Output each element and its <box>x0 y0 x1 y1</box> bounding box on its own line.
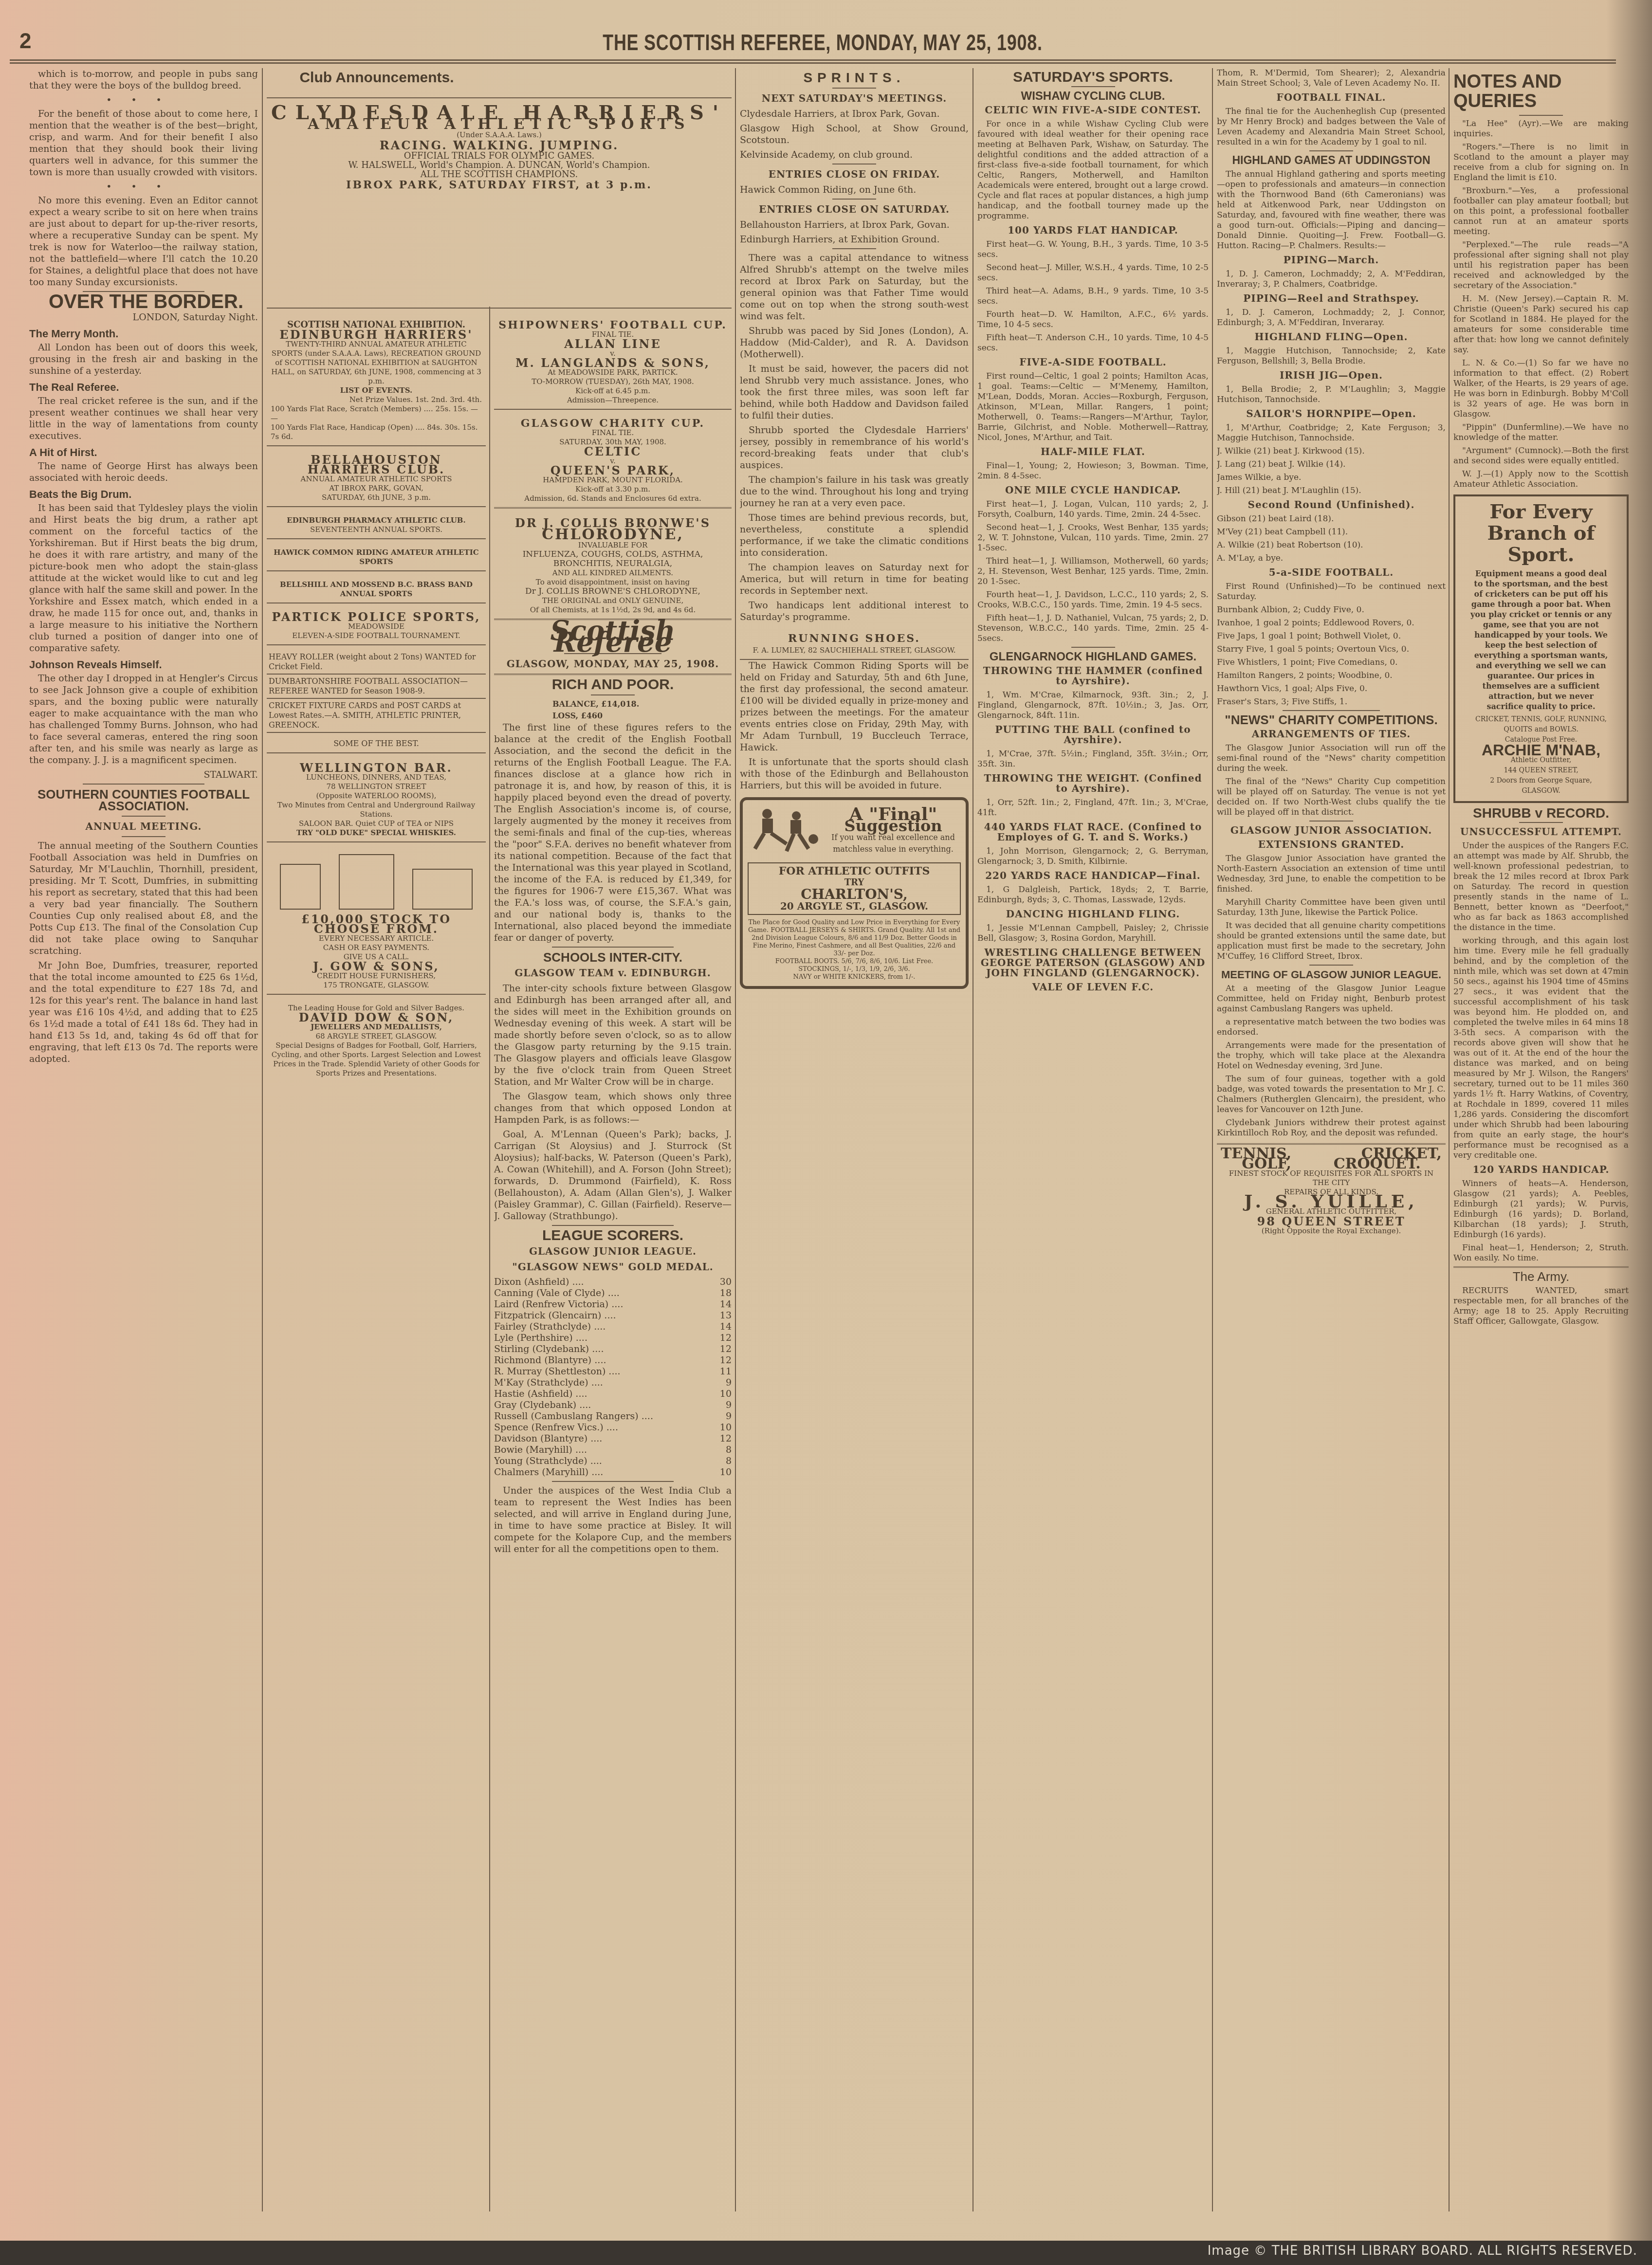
scorer-name: Dixon (Ashfield) .... <box>494 1277 712 1288</box>
paragraph: Those times are behind previous records,… <box>740 512 969 559</box>
paragraph: The champion leaves on Saturday next for… <box>740 562 969 597</box>
results-list: THROWING THE HAMMER (confined to Ayrshir… <box>977 666 1209 978</box>
list-item: Glasgow High School, at Show Ground, Sco… <box>740 123 969 146</box>
ad-text: TRY "OLD DUKE" SPECIAL WHISKIES. <box>271 828 482 838</box>
ad-text: ALL THE SCOTTISH CHAMPIONS. <box>271 170 728 179</box>
query-item: "Pippin" (Dunfermline).—We have no knowl… <box>1453 422 1629 443</box>
ad-title: GLASGOW CHARITY CUP. <box>498 419 728 428</box>
club-announcements-heading: Club Announcements. <box>267 72 487 84</box>
masthead-rule-2 <box>10 62 1616 64</box>
result-line: First heat—1, J. Logan, Vulcan, 110 yard… <box>977 499 1209 520</box>
masthead: 2 THE SCOTTISH REFEREE, MONDAY, MAY 25, … <box>10 29 1635 63</box>
result-line: Second heat—1, J. Crooks, West Benhar, 1… <box>977 523 1209 553</box>
result-line: Hamilton Rangers, 2 points; Woodbine, 0. <box>1217 671 1446 681</box>
short-rule <box>1071 86 1115 87</box>
section-heading: Beats the Big Drum. <box>29 489 258 500</box>
list-item: Edinburgh Harriers, at Exhibition Ground… <box>740 234 969 245</box>
league-subheading: GLASGOW JUNIOR LEAGUE. <box>494 1245 732 1257</box>
glengarnock-heading: GLENGARNOCK HIGHLAND GAMES. <box>977 652 1209 662</box>
newspaper-nameplate: Scottish Referee <box>494 625 732 648</box>
ad-text: Of all Chemists, at 1s 1½d, 2s 9d, and 4… <box>498 605 728 615</box>
rich-poor-heading: RICH AND POOR. <box>494 679 732 691</box>
result-heading: THROWING THE WEIGHT. (Confined to Ayrshi… <box>977 773 1209 794</box>
ad-text: AND ALL KINDRED AILMENTS. <box>498 568 728 578</box>
entries-list: Bellahouston Harriers, at Ibrox Park, Go… <box>740 219 969 245</box>
dateline: LONDON, Saturday Night. <box>29 311 258 323</box>
result-heading: WRESTLING CHALLENGE BETWEEN GEORGE PATER… <box>977 948 1209 978</box>
results-list: J. Wilkie (21) beat J. Kirkwood (15).J. … <box>1217 446 1446 496</box>
ad-text: 2 Doors from George Square, <box>1460 776 1622 786</box>
column-divider <box>973 68 973 2211</box>
column-5: SATURDAY'S SPORTS. WISHAW CYCLING CLUB. … <box>977 68 1209 2221</box>
result-heading: ONE MILE CYCLE HANDICAP. <box>977 485 1209 495</box>
scorer-goals: 12 <box>712 1333 732 1344</box>
ad-text: CRICKET, TENNIS, GOLF, RUNNING, QUOITS a… <box>1460 714 1622 735</box>
scorer-goals: 14 <box>712 1299 732 1310</box>
ad-text: Equipment means a good deal to the sport… <box>1470 568 1612 712</box>
subheading: FOOTBALL FINAL. <box>1217 92 1446 103</box>
ad-title: EDINBURGH HARRIERS' <box>271 330 482 340</box>
query-item: H. M. (New Jersey).—Captain R. M. Christ… <box>1453 294 1629 355</box>
query-item: "Perplexed."—The rule reads—"A professio… <box>1453 240 1629 291</box>
ad-subtitle: AMATEUR ATHLETIC SPORTS <box>271 119 728 130</box>
scorer-row: Fitzpatrick (Glencairn) ....13 <box>494 1310 732 1321</box>
result-line: Fifth heat—T. Anderson C.H., 10 yards. T… <box>977 333 1209 353</box>
scorer-row: Laird (Renfrew Victoria) ....14 <box>494 1299 732 1310</box>
scorer-row: Davidson (Blantyre) ....12 <box>494 1433 732 1444</box>
paragraph: Arrangements were made for the presentat… <box>1217 1041 1446 1071</box>
result-line: Gibson (21) beat Laird (18). <box>1217 514 1446 524</box>
paragraph: Winners of heats—A. Henderson, Glasgow (… <box>1453 1179 1629 1240</box>
short-rule <box>832 248 876 249</box>
copyright-watermark: Image © THE BRITISH LIBRARY BOARD. ALL R… <box>1208 2244 1637 2258</box>
scorer-name: Fairley (Strathclyde) .... <box>494 1321 712 1333</box>
paragraph: It is unfortunate that the sports should… <box>740 756 969 791</box>
over-border-heading: OVER THE BORDER. <box>49 296 258 308</box>
ad-text: The Place for Good Quality and Low Price… <box>748 919 961 958</box>
ad-text: Net Prize Values. 1st. 2nd. 3rd. 4th. <box>271 395 482 404</box>
result-line: Fourth heat—D. W. Hamilton, A.F.C., 6½ y… <box>977 310 1209 330</box>
result-line: Five Japs, 1 goal 1 point; Bothwell Viol… <box>1217 631 1446 641</box>
notes-queries-heading: NOTES AND QUERIES <box>1453 72 1629 111</box>
paragraph: The Glasgow Junior Association will run … <box>1217 743 1446 774</box>
ad-text: F. A. LUMLEY, 82 SAUCHIEHALL STREET, GLA… <box>740 644 969 656</box>
result-line: Fraser's Stars, 3; Five Stiffs, 1. <box>1217 697 1446 707</box>
separator-dots: ••• <box>29 181 258 193</box>
ad-headline: For Every Branch of Sport. <box>1460 501 1622 566</box>
scorer-goals: 11 <box>712 1366 732 1377</box>
section-heading: A Hit of Hirst. <box>29 447 258 458</box>
paragraph: Under the auspices of the West India Clu… <box>494 1485 732 1555</box>
scorer-goals: 10 <box>712 1388 732 1400</box>
list-item: Clydesdale Harriers, at Ibrox Park, Gova… <box>740 108 969 120</box>
paragraph: The first line of these figures refers t… <box>494 722 732 944</box>
ad-text: GOLF, <box>1242 1159 1291 1169</box>
paragraph: Maryhill Charity Committee have been giv… <box>1217 897 1446 918</box>
paragraph: The real cricket referee is the sun, and… <box>29 395 258 442</box>
masthead-rule <box>10 59 1616 61</box>
paragraph: No more this evening. Even an Editor can… <box>29 195 258 288</box>
result-heading: FIVE-A-SIDE FOOTBALL. <box>977 357 1209 367</box>
result-heading: PUTTING THE BALL (confined to Ayrshire). <box>977 725 1209 745</box>
wavy-rule <box>552 947 674 948</box>
scorer-row: R. Murray (Shettleston) ....11 <box>494 1366 732 1377</box>
ad-text: Kick-off at 3.30 p.m. <box>498 485 728 494</box>
gjl-heading: MEETING OF GLASGOW JUNIOR LEAGUE. <box>1217 969 1446 980</box>
paragraph: For the benefit of those about to come h… <box>29 108 258 178</box>
ad-text: Two Minutes from Central and Underground… <box>271 801 482 819</box>
subheading: UNSUCCESSFUL ATTEMPT. <box>1453 827 1629 837</box>
classified-ad: DUMBARTONSHIRE FOOTBALL ASSOCIATION—REFE… <box>267 675 486 699</box>
short-rule <box>832 164 876 164</box>
result-line: Final—1, Young; 2, Howieson; 3, Bowman. … <box>977 461 1209 481</box>
short-rule <box>1309 150 1353 151</box>
result-line: Hawthorn Vics, 1 goal; Alps Five, 0. <box>1217 684 1446 694</box>
newspaper-page: 2 THE SCOTTISH REFEREE, MONDAY, MAY 25, … <box>0 0 1652 2265</box>
ad-text: M. LANGLANDS & SONS, <box>498 358 728 368</box>
paragraph: Final heat—1, Henderson; 2, Struth. Won … <box>1453 1243 1629 1263</box>
sprints-heading: SPRINTS. <box>740 72 969 84</box>
paragraph: working through, and this again lost him… <box>1453 936 1629 1161</box>
page-number: 2 <box>19 29 31 54</box>
ad-title: EDINBURGH PHARMACY ATHLETIC CLUB. <box>271 516 482 525</box>
footballer-illustration-icon <box>748 805 821 859</box>
paragraph: All London has been out of doors this we… <box>29 342 258 377</box>
paragraph: First Round (Unfinished)—To be continued… <box>1217 582 1446 602</box>
subheading: GLASGOW JUNIOR ASSOCIATION. <box>1217 825 1446 836</box>
result-line: Ivanhoe, 1 goal 2 points; Eddlewood Rove… <box>1217 618 1446 628</box>
column-3: SHIPOWNERS' FOOTBALL CUP. FINAL TIE. ALL… <box>494 311 732 2221</box>
scorer-goals: 12 <box>712 1355 732 1366</box>
scorer-goals: 9 <box>712 1400 732 1411</box>
paragraph: Two handicaps lent additional interest t… <box>740 600 969 623</box>
ad-text: IBROX PARK, SATURDAY FIRST, at 3 p.m. <box>271 179 728 191</box>
result-line: J. Hill (21) beat J. M'Laughlin (15). <box>1217 486 1446 496</box>
scorer-name: Lyle (Perthshire) .... <box>494 1333 712 1344</box>
ad-text: FOR ATHLETIC OUTFITS <box>751 865 958 877</box>
ad-text: RACING. WALKING. JUMPING. <box>271 140 728 151</box>
section-heading: Johnson Reveals Himself. <box>29 659 258 671</box>
scorer-name: Stirling (Clydebank) .... <box>494 1344 712 1355</box>
event-row: 100 Yards Flat Race, Scratch (Members) .… <box>271 404 482 423</box>
southern-counties-heading: SOUTHERN COUNTIES FOOTBALL ASSOCIATION. <box>29 788 258 812</box>
scorer-goals: 13 <box>712 1310 732 1321</box>
ad-text: (Right Opposite the Royal Exchange). <box>1221 1226 1442 1236</box>
paragraph: It was decided that all genuine charity … <box>1217 921 1446 962</box>
ad-text: Admission—Threepence. <box>498 396 728 405</box>
ad-text: CREDIT HOUSE FURNISHERS, <box>271 971 482 981</box>
scorer-row: Canning (Vale of Clyde) ....18 <box>494 1288 732 1299</box>
result-line: Fifth heat—1, J. D. Nathaniel, Vulcan, 7… <box>977 613 1209 644</box>
scorer-name: Laird (Renfrew Victoria) .... <box>494 1299 712 1310</box>
result-heading: DANCING HIGHLAND FLING. <box>977 909 1209 919</box>
ad-text: (Opposite WATERLOO ROOMS), <box>271 791 482 801</box>
short-rule <box>832 199 876 200</box>
scorer-name: Fitzpatrick (Glencairn) .... <box>494 1310 712 1321</box>
ad-text: GLASGOW. <box>1460 786 1622 796</box>
scorer-goals: 9 <box>712 1377 732 1388</box>
result-line: 1, M'Arthur, Coatbridge; 2, Kate Ferguso… <box>1217 423 1446 443</box>
scorer-name: Hastie (Ashfield) .... <box>494 1388 712 1400</box>
chair-icon <box>280 864 321 910</box>
result-heading: HIGHLAND FLING—Open. <box>1217 332 1446 342</box>
subheading: NEXT SATURDAY'S MEETINGS. <box>740 92 969 104</box>
result-line: Second heat—J. Miller, W.S.H., 4 yards. … <box>977 263 1209 283</box>
results-list: Gibson (21) beat Laird (18).M'Vey (21) b… <box>1217 514 1446 564</box>
scorers-table: Dixon (Ashfield) ....30Canning (Vale of … <box>494 1277 732 1478</box>
query-item: "La Hee" (Ayr).—We are making inquiries. <box>1453 119 1629 139</box>
paragraph: Under the auspices of the Rangers F.C. a… <box>1453 841 1629 933</box>
league-subheading: "GLASGOW NEWS" GOLD MEDAL. <box>494 1261 732 1273</box>
ad-text: 78 WELLINGTON STREET <box>271 782 482 791</box>
ad-title: RUNNING SHOES. <box>740 633 969 644</box>
scorer-goals: 8 <box>712 1444 732 1456</box>
result-heading: HALF-MILE FLAT. <box>977 447 1209 457</box>
subheading: EXTENSIONS GRANTED. <box>1217 840 1446 850</box>
short-rule <box>1519 822 1563 823</box>
paragraph: The inter-city schools fixture between G… <box>494 983 732 1088</box>
short-rule <box>1309 965 1353 966</box>
result-line: Third heat—A. Adams, B.H., 9 yards. Time… <box>977 286 1209 307</box>
column-divider <box>1212 68 1213 2211</box>
scorer-name: Gray (Clydebank) .... <box>494 1400 712 1411</box>
ad-text: OFFICIAL TRIALS FOR OLYMPIC GAMES. <box>271 151 728 161</box>
dresser-icon <box>412 869 473 910</box>
ad-text: 175 TRONGATE, GLASGOW. <box>271 981 482 990</box>
scorer-goals: 30 <box>712 1277 732 1288</box>
section-heading: The Merry Month. <box>29 328 258 340</box>
result-line: 1, Orr, 52ft. 1in.; 2, Fingland, 47ft. 1… <box>977 798 1209 818</box>
paragraph: The other day I dropped in at Hengler's … <box>29 673 258 766</box>
scorer-name: R. Murray (Shettleston) .... <box>494 1366 712 1377</box>
ad-text: TO-MORROW (TUESDAY), 26th MAY, 1908. <box>498 377 728 386</box>
ad-headline: Suggestion <box>826 820 961 832</box>
ad-text: HAMPDEN PARK, MOUNT FLORIDA. <box>498 475 728 485</box>
news-charity-heading: "NEWS" CHARITY COMPETITIONS. <box>1217 715 1446 725</box>
saturdays-sports-heading: SATURDAY'S SPORTS. <box>977 72 1209 82</box>
paragraph: The annual meeting of the Southern Count… <box>29 840 258 957</box>
ad-text: Dr J. COLLIS BROWNE'S CHLORODYNE, <box>498 587 728 596</box>
clydesdale-ad: CLYDESDALE HARRIERS' AMATEUR ATHLETIC SP… <box>267 97 732 309</box>
wavy-rule <box>83 784 204 785</box>
uddingston-heading: HIGHLAND GAMES AT UDDINGSTON <box>1217 155 1446 165</box>
ad-text: If you want real excellence and matchles… <box>826 832 961 855</box>
result-heading: 440 YARDS FLAT RACE. (Confined to Employ… <box>977 822 1209 842</box>
list-item: Bellahouston Harriers, at Ibrox Park, Go… <box>740 219 969 231</box>
ad-text: CASH OR EASY PAYMENTS. <box>271 943 482 952</box>
paragraph: Shrubb sported the Clydesdale Harriers' … <box>740 424 969 471</box>
column-6: Thom, R. M'Dermid, Tom Shearer); 2, Alex… <box>1217 68 1446 2221</box>
ad-text: W. HALSWELL, World's Champion. A. DUNCAN… <box>271 161 728 170</box>
scorer-row: Dixon (Ashfield) ....30 <box>494 1277 732 1288</box>
wavy-rule <box>1283 710 1380 711</box>
paragraph: Clydebank Juniors withdrew their protest… <box>1217 1118 1446 1138</box>
result-line: A. M'Lay, a bye. <box>1217 553 1446 564</box>
query-item: L. N. & Co.—(1) So far we have no inform… <box>1453 358 1629 420</box>
paragraph: The Glasgow Junior Association have gran… <box>1217 854 1446 895</box>
figure-line: LOSS, £460 <box>552 710 732 722</box>
paragraph: Mr John Boe, Dumfries, treasurer, report… <box>29 960 258 1065</box>
ad-text: Kick-off at 6.45 p.m. <box>498 386 728 396</box>
result-line: 1, D. J. Cameron, Lochmaddy; 2, A. M'Fed… <box>1217 269 1446 290</box>
ad-text: J. GOW & SONS, <box>271 962 482 971</box>
short-rule <box>1071 647 1115 648</box>
scorer-goals: 12 <box>712 1433 732 1444</box>
schools-heading: SCHOOLS INTER-CITY. <box>494 951 732 963</box>
ad-title: SHIPOWNERS' FOOTBALL CUP. <box>498 320 728 330</box>
list-item: Kelvinside Academy, on club ground. <box>740 149 969 161</box>
ad-title: ARCHIE M'NAB, <box>1460 745 1622 755</box>
ad-text: INVALUABLE FOR <box>498 541 728 550</box>
ad-title: WELLINGTON BAR. <box>271 763 482 773</box>
ad-text: 68 ARGYLE STREET, GLASGOW. <box>271 1032 482 1041</box>
scorer-row: Chalmers (Maryhill) ....10 <box>494 1467 732 1478</box>
result-line: Starry Five, 1 goal 5 points; Overtoun V… <box>1217 644 1446 655</box>
ad-text: TWENTY-THIRD ANNUAL AMATEUR ATHLETIC SPO… <box>271 340 482 386</box>
subheading: ARRANGEMENTS OF TIES. <box>1217 729 1446 739</box>
ad-text: STOCKINGS, 1/-, 1/3, 1/9, 2/6, 3/6. <box>748 966 961 973</box>
ad-text: Admission, 6d. Stands and Enclosures 6d … <box>498 494 728 503</box>
paragraph: which is to-morrow, and people in pubs s… <box>29 68 258 91</box>
result-line: Fourth heat—1, J. Davidson, L.C.C., 110 … <box>977 590 1209 610</box>
ad-text: To avoid disappointment, insist on havin… <box>498 578 728 587</box>
paragraph: Shrubb was paced by Sid Jones (London), … <box>740 325 969 360</box>
scorer-goals: 10 <box>712 1467 732 1478</box>
result-line: First round—Celtic, 1 goal 2 points; Ham… <box>977 371 1209 443</box>
result-line: 1, Bella Brodie; 2, P. M'Laughlin; 3, Ma… <box>1217 384 1446 405</box>
ad-text: CELTIC <box>498 447 728 457</box>
short-rule <box>591 694 635 695</box>
scorer-row: Russell (Cambuslang Rangers) ....9 <box>494 1411 732 1422</box>
ad-text: SEVENTEENTH ANNUAL SPORTS. <box>271 525 482 534</box>
paragraph: Goal, A. M'Lennan (Queen's Park); backs,… <box>494 1129 732 1222</box>
paragraph: The Hawick Common Riding Sports will be … <box>740 660 969 753</box>
scorer-row: Spence (Renfrew Vics.) ....10 <box>494 1422 732 1433</box>
column-4: SPRINTS. NEXT SATURDAY'S MEETINGS. Clyde… <box>740 68 969 2221</box>
separator-dots: ••• <box>29 94 258 106</box>
short-rule <box>122 836 165 837</box>
subheading: CELTIC WIN FIVE-A-SIDE CONTEST. <box>977 105 1209 115</box>
paragraph: It has been said that Tyldesley plays th… <box>29 502 258 654</box>
ad-text: QUEEN'S PARK, <box>498 466 728 475</box>
result-line: James Wilkie, a bye. <box>1217 473 1446 483</box>
scorer-goals: 8 <box>712 1456 732 1467</box>
article-body: There was a capital attendance to witnes… <box>740 252 969 623</box>
short-rule <box>122 816 165 817</box>
result-line: 1, Jessie M'Lennan Campbell, Paisley; 2,… <box>977 923 1209 944</box>
ad-text: INFLUENZA, COUGHS, COLDS, ASTHMA, BRONCH… <box>498 550 728 568</box>
short-rule <box>1309 821 1353 822</box>
scorer-goals: 12 <box>712 1344 732 1355</box>
paragraph: At a meeting of the Glasgow Junior Leagu… <box>1217 984 1446 1014</box>
subheading: 120 YARDS HANDICAP. <box>1453 1165 1629 1175</box>
article-body: At a meeting of the Glasgow Junior Leagu… <box>1217 984 1446 1138</box>
column-2-lower-ads: SCOTTISH NATIONAL EXHIBITION. EDINBURGH … <box>267 311 486 2221</box>
scorer-goals: 10 <box>712 1422 732 1433</box>
shrubb-heading: SHRUBB v RECORD. <box>1453 808 1629 818</box>
paragraph: a representative match between the two b… <box>1217 1017 1446 1038</box>
result-heading: SAILOR'S HORNPIPE—Open. <box>1217 409 1446 419</box>
scorer-row: Stirling (Clydebank) ....12 <box>494 1344 732 1355</box>
ad-title: J. S. YUILLE, <box>1221 1197 1442 1207</box>
scorer-name: Richmond (Blantyre) .... <box>494 1355 712 1366</box>
paragraph: The annual Highland gathering and sports… <box>1217 169 1446 251</box>
paragraph: The champion's failure in his task was g… <box>740 474 969 509</box>
scorer-row: Bowie (Maryhill) ....8 <box>494 1444 732 1456</box>
scorer-name: Chalmers (Maryhill) .... <box>494 1467 712 1478</box>
paragraph: The sum of four guineas, together with a… <box>1217 1074 1446 1115</box>
ad-text: FINEST STOCK OF REQUISITES FOR ALL SPORT… <box>1221 1169 1442 1187</box>
subheading: VALE OF LEVEN F.C. <box>977 982 1209 992</box>
paragraph: The name of George Hirst has always been… <box>29 460 258 484</box>
column-divider <box>489 307 490 2211</box>
paragraph: The final of the "News" Charity Cup comp… <box>1217 777 1446 818</box>
column-divider <box>262 68 263 2211</box>
query-item: "Rogers."—There is no limit in Scotland … <box>1453 142 1629 183</box>
result-line: 1, D. J. Cameron, Lochmaddy; 2, J. Conno… <box>1217 308 1446 328</box>
figure-line: BALANCE, £14,018. <box>552 698 732 710</box>
short-rule <box>1519 115 1563 116</box>
scorer-name: M'Kay (Strathclyde) .... <box>494 1377 712 1388</box>
ad-text: SALOON BAR. Quiet CUP of TEA or NIPS <box>271 819 482 828</box>
paragraph: The Glasgow team, which shows only three… <box>494 1091 732 1126</box>
scorer-goals: 9 <box>712 1411 732 1422</box>
scorer-name: Bowie (Maryhill) .... <box>494 1444 712 1456</box>
section-heading: SOME OF THE BEST. <box>267 739 486 753</box>
query-item: "Broxburn."—Yes, a professional football… <box>1453 186 1629 237</box>
scorer-row: Richmond (Blantyre) ....12 <box>494 1355 732 1366</box>
column-1: which is to-morrow, and people in pubs s… <box>29 68 258 2221</box>
result-line: Five Whistlers, 1 point; Five Comedians,… <box>1217 658 1446 668</box>
paragraph: Thom, R. M'Dermid, Tom Shearer); 2, Alex… <box>1217 68 1446 89</box>
ad-text: CROQUET. <box>1334 1159 1421 1169</box>
ad-text: NAVY or WHITE KNICKERS, from 1/-. <box>748 973 961 981</box>
ad-title: HAWICK COMMON RIDING AMATEUR ATHLETIC SP… <box>271 548 482 566</box>
results-list: PIPING—March.1, D. J. Cameron, Lochmaddy… <box>1217 255 1446 443</box>
article-sections: The Merry Month.All London has been out … <box>29 328 258 766</box>
event-row: 100 Yards Flat Race, Handicap (Open) ...… <box>271 423 482 441</box>
ad-title: BELLAHOUSTON HARRIERS CLUB. <box>271 455 482 475</box>
ad-title: CHLORODYNE, <box>498 529 728 541</box>
scorer-name: Canning (Vale of Clyde) .... <box>494 1288 712 1299</box>
ad-text: FOOTBALL BOOTS. 5/6, 7/6, 8/6, 10/6. Lis… <box>748 958 961 966</box>
ad-text: 144 QUEEN STREET, <box>1460 766 1622 776</box>
scorer-row: Hastie (Ashfield) ....10 <box>494 1388 732 1400</box>
column-7: NOTES AND QUERIES "La Hee" (Ayr).—We are… <box>1453 68 1629 2221</box>
events-list: 100 Yards Flat Race, Scratch (Members) .… <box>271 404 482 441</box>
paragraph: The final tie for the Auchenheglish Cup … <box>1217 107 1446 147</box>
ad-text: LIST OF EVENTS. <box>271 386 482 395</box>
scorer-row: Lyle (Perthshire) ....12 <box>494 1333 732 1344</box>
paragraph: For once in a while Wishaw Cycling Club … <box>977 119 1209 221</box>
meetings-list: Clydesdale Harriers, at Ibrox Park, Gova… <box>740 108 969 161</box>
subheading: 5-a-SIDE FOOTBALL. <box>1217 567 1446 578</box>
ad-text: 98 QUEEN STREET <box>1221 1216 1442 1226</box>
entries-list: Hawick Common Riding, on June 6th. <box>740 184 969 196</box>
classified-ad: HEAVY ROLLER (weight about 2 Tons) WANTE… <box>267 650 486 675</box>
paragraph: There was a capital attendance to witnes… <box>740 252 969 322</box>
results-list: 100 YARDS FLAT HANDICAP.First heat—G. W.… <box>977 225 1209 644</box>
schools-subheading: GLASGOW TEAM v. EDINBURGH. <box>494 967 732 979</box>
result-heading: 100 YARDS FLAT HANDICAP. <box>977 225 1209 236</box>
ad-text: 20 ARGYLE ST., GLASGOW. <box>751 900 958 912</box>
scorer-name: Young (Strathclyde) .... <box>494 1456 712 1467</box>
classified-ad: RECRUITS WANTED, smart respectable men, … <box>1453 1286 1629 1327</box>
classified-ad: CRICKET FIXTURE CARDS and POST CARDS at … <box>267 699 486 733</box>
ad-text: THE ORIGINAL and ONLY GENUINE, <box>498 596 728 605</box>
masthead-title: THE SCOTTISH REFEREE, MONDAY, MAY 25, 19… <box>188 29 1456 55</box>
section-heading: The Real Referee. <box>29 382 258 393</box>
